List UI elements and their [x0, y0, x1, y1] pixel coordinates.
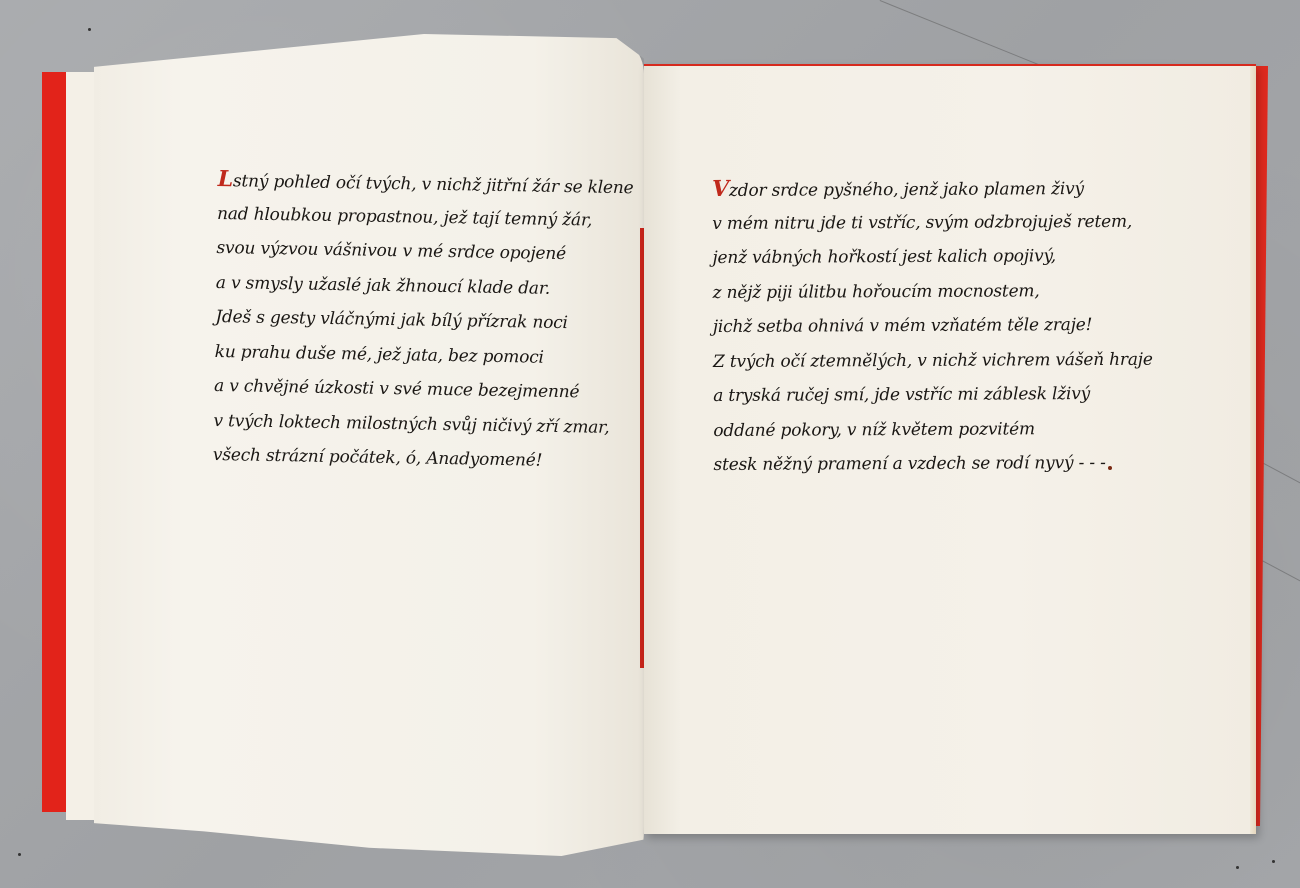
- surface-speck: [1236, 866, 1239, 869]
- surface-speck: [1272, 860, 1275, 863]
- left-poem: Lstný pohled očí tvých, v nichž jitřní ž…: [213, 162, 634, 480]
- red-initial: L: [217, 166, 233, 192]
- poem-line: oddané pokory, v níž květem pozvitém: [713, 411, 1153, 448]
- ink-spot: [1108, 466, 1112, 470]
- poem-line: z nějž piji úlitbu hořoucím mocnostem,: [713, 273, 1153, 310]
- poem-line: všech strázní počátek, ó, Anadyomené!: [213, 438, 629, 480]
- right-poem: Vzdor srdce pyšného, jenž jako plamen ži…: [712, 170, 1153, 483]
- surface-crack: [1262, 462, 1300, 491]
- poem-line: Vzdor srdce pyšného, jenž jako plamen ži…: [712, 170, 1152, 207]
- surface-crack: [1262, 560, 1300, 589]
- poem-line: Z tvých očí ztemnělých, v nichž vichrem …: [713, 342, 1153, 379]
- right-page-edge: [1250, 66, 1256, 834]
- surface-speck: [18, 853, 21, 856]
- poem-line: v mém nitru jde ti vstříc, svým odzbroju…: [712, 204, 1152, 241]
- poem-line: jichž setba ohnivá v mém vzňatém těle zr…: [713, 308, 1153, 345]
- poem-line: jenž vábných hořkostí jest kalich opojiv…: [712, 239, 1152, 276]
- poem-line: stesk něžný pramení a vzdech se rodí nyv…: [713, 446, 1153, 483]
- surface-speck: [88, 28, 91, 31]
- red-initial: V: [712, 176, 729, 202]
- poem-line: a tryská ručej smí, jde vstříc mi zábles…: [713, 377, 1153, 414]
